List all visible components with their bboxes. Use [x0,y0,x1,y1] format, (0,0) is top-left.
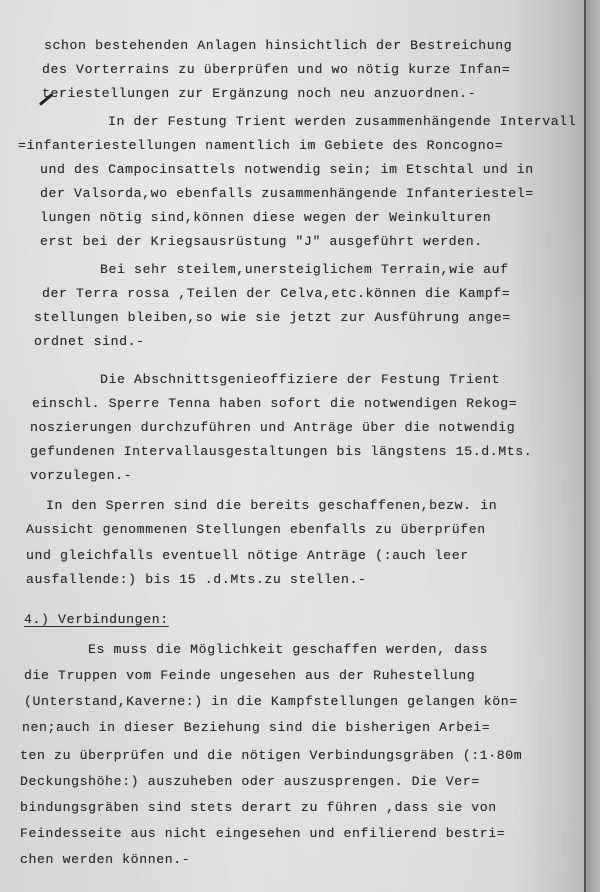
text-line: der Valsorda,wo ebenfalls zusammenhängen… [40,186,534,202]
text-line: Es muss die Möglichkeit geschaffen werde… [88,642,488,658]
text-line: chen werden können.- [20,852,190,868]
text-line: bindungsgräben sind stets derart zu führ… [20,800,497,816]
text-line: ausfallende:) bis 15 .d.Mts.zu stellen.- [26,572,367,588]
text-line: des Vorterrains zu überprüfen und wo nöt… [42,62,510,78]
text-line: und des Campocinsattels notwendig sein; … [40,162,534,178]
text-line: ordnet sind.- [34,334,145,350]
text-line: gefundenen Intervallausgestaltungen bis … [30,444,532,460]
text-line: der Terra rossa ,Teilen der Celva,etc.kö… [42,286,510,302]
text-line: lungen nötig sind,können diese wegen der… [40,210,491,226]
text-line: Bei sehr steilem,unersteiglichem Terrain… [100,262,509,278]
text-line: einschl. Sperre Tenna haben sofort die n… [32,396,517,412]
scanned-page: schon bestehenden Anlagen hinsichtlich d… [0,0,600,892]
text-line: Deckungshöhe:) auszuheben oder auszuspre… [20,774,480,790]
section-heading: 4.) Verbindungen: [24,612,169,628]
text-line: erst bei der Kriegsausrüstung "J" ausgef… [40,234,483,250]
text-line: Die Abschnittsgenieoffiziere der Festung… [100,372,500,388]
text-line: Aussicht genommenen Stellungen ebenfalls… [26,522,486,538]
text-line: teriestellungen zur Ergänzung noch neu a… [42,86,476,102]
text-line: =infanteriestellungen namentlich im Gebi… [18,138,503,154]
text-line: die Truppen vom Feinde ungesehen aus der… [24,668,475,684]
text-line: und gleichfalls eventuell nötige Anträge… [26,548,469,564]
text-line: Feindesseite aus nicht eingesehen und en… [20,826,505,842]
text-line: (Unterstand,Kaverne:) in die Kampfstellu… [24,694,518,710]
text-line: In der Festung Trient werden zusammenhän… [108,114,576,130]
text-line: nen;auch in dieser Beziehung sind die bi… [22,720,490,736]
text-line: noszierungen durchzuführen und Anträge ü… [30,420,515,436]
text-line: vorzulegen.- [30,468,132,484]
text-line: schon bestehenden Anlagen hinsichtlich d… [44,38,512,54]
page-edge-shadow [586,0,600,892]
text-line: In den Sperren sind die bereits geschaff… [46,498,497,514]
text-line: ten zu überprüfen und die nötigen Verbin… [20,748,522,764]
text-line: stellungen bleiben,so wie sie jetzt zur … [34,310,511,326]
